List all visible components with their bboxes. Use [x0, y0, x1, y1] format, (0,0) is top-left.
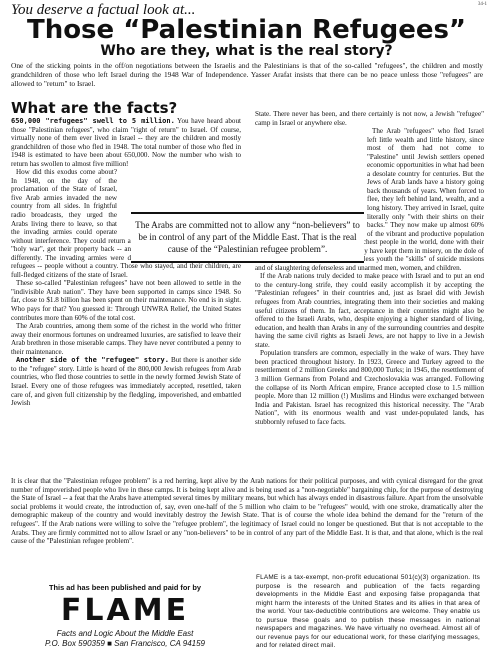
paragraph: State. There never has been, and there c…	[255, 110, 484, 127]
pull-quote: The Arabs are committed not to allow any…	[131, 212, 364, 263]
paragraph-lead: Another side of the "refugee" story.	[16, 356, 169, 364]
paragraph: If the Arab nations truly decided to mak…	[255, 272, 484, 349]
paragraph: 650,000 "refugees" swell to 5 million. Y…	[11, 117, 241, 168]
paragraph: Population transfers are common, especia…	[255, 349, 484, 426]
paragraph: These so-called "Palestinian refugees" h…	[11, 279, 241, 322]
advertisement-page: 34-1 You deserve a factual look at... Th…	[0, 0, 493, 663]
headline: Those “Palestinian Refugees”	[0, 16, 493, 44]
subheadline: Who are they, what is the real story?	[0, 43, 493, 59]
paragraph-lead: 650,000 "refugees" swell to 5 million.	[11, 117, 175, 125]
flame-logo: FLAME	[25, 594, 225, 628]
paragraph-body: You have heard about those "Palestinian …	[11, 117, 241, 168]
sponsor-block: This ad has been published and paid for …	[25, 583, 225, 649]
paragraph: The Arab countries, among them some of t…	[11, 322, 241, 356]
intro-paragraph: One of the sticking points in the off/on…	[11, 61, 483, 89]
credit-line: This ad has been published and paid for …	[25, 583, 225, 592]
mailing-address: P.O. Box 590359 ■ San Francisco, CA 9415…	[25, 639, 225, 649]
right-column: State. There never has been, and there c…	[255, 110, 484, 426]
paragraph: Another side of the "refugee" story. But…	[11, 356, 241, 407]
paragraph-body: But there is another side to the "refuge…	[11, 356, 241, 407]
conclusion-paragraph: It is clear that the "Palestinian refuge…	[11, 477, 483, 546]
organization-description: FLAME is a tax-exempt, non-profit educat…	[256, 574, 480, 651]
section-title: What are the facts?	[11, 99, 177, 117]
tagline: Facts and Logic About the Middle East	[25, 629, 225, 639]
page-number: 34-1	[478, 2, 487, 7]
